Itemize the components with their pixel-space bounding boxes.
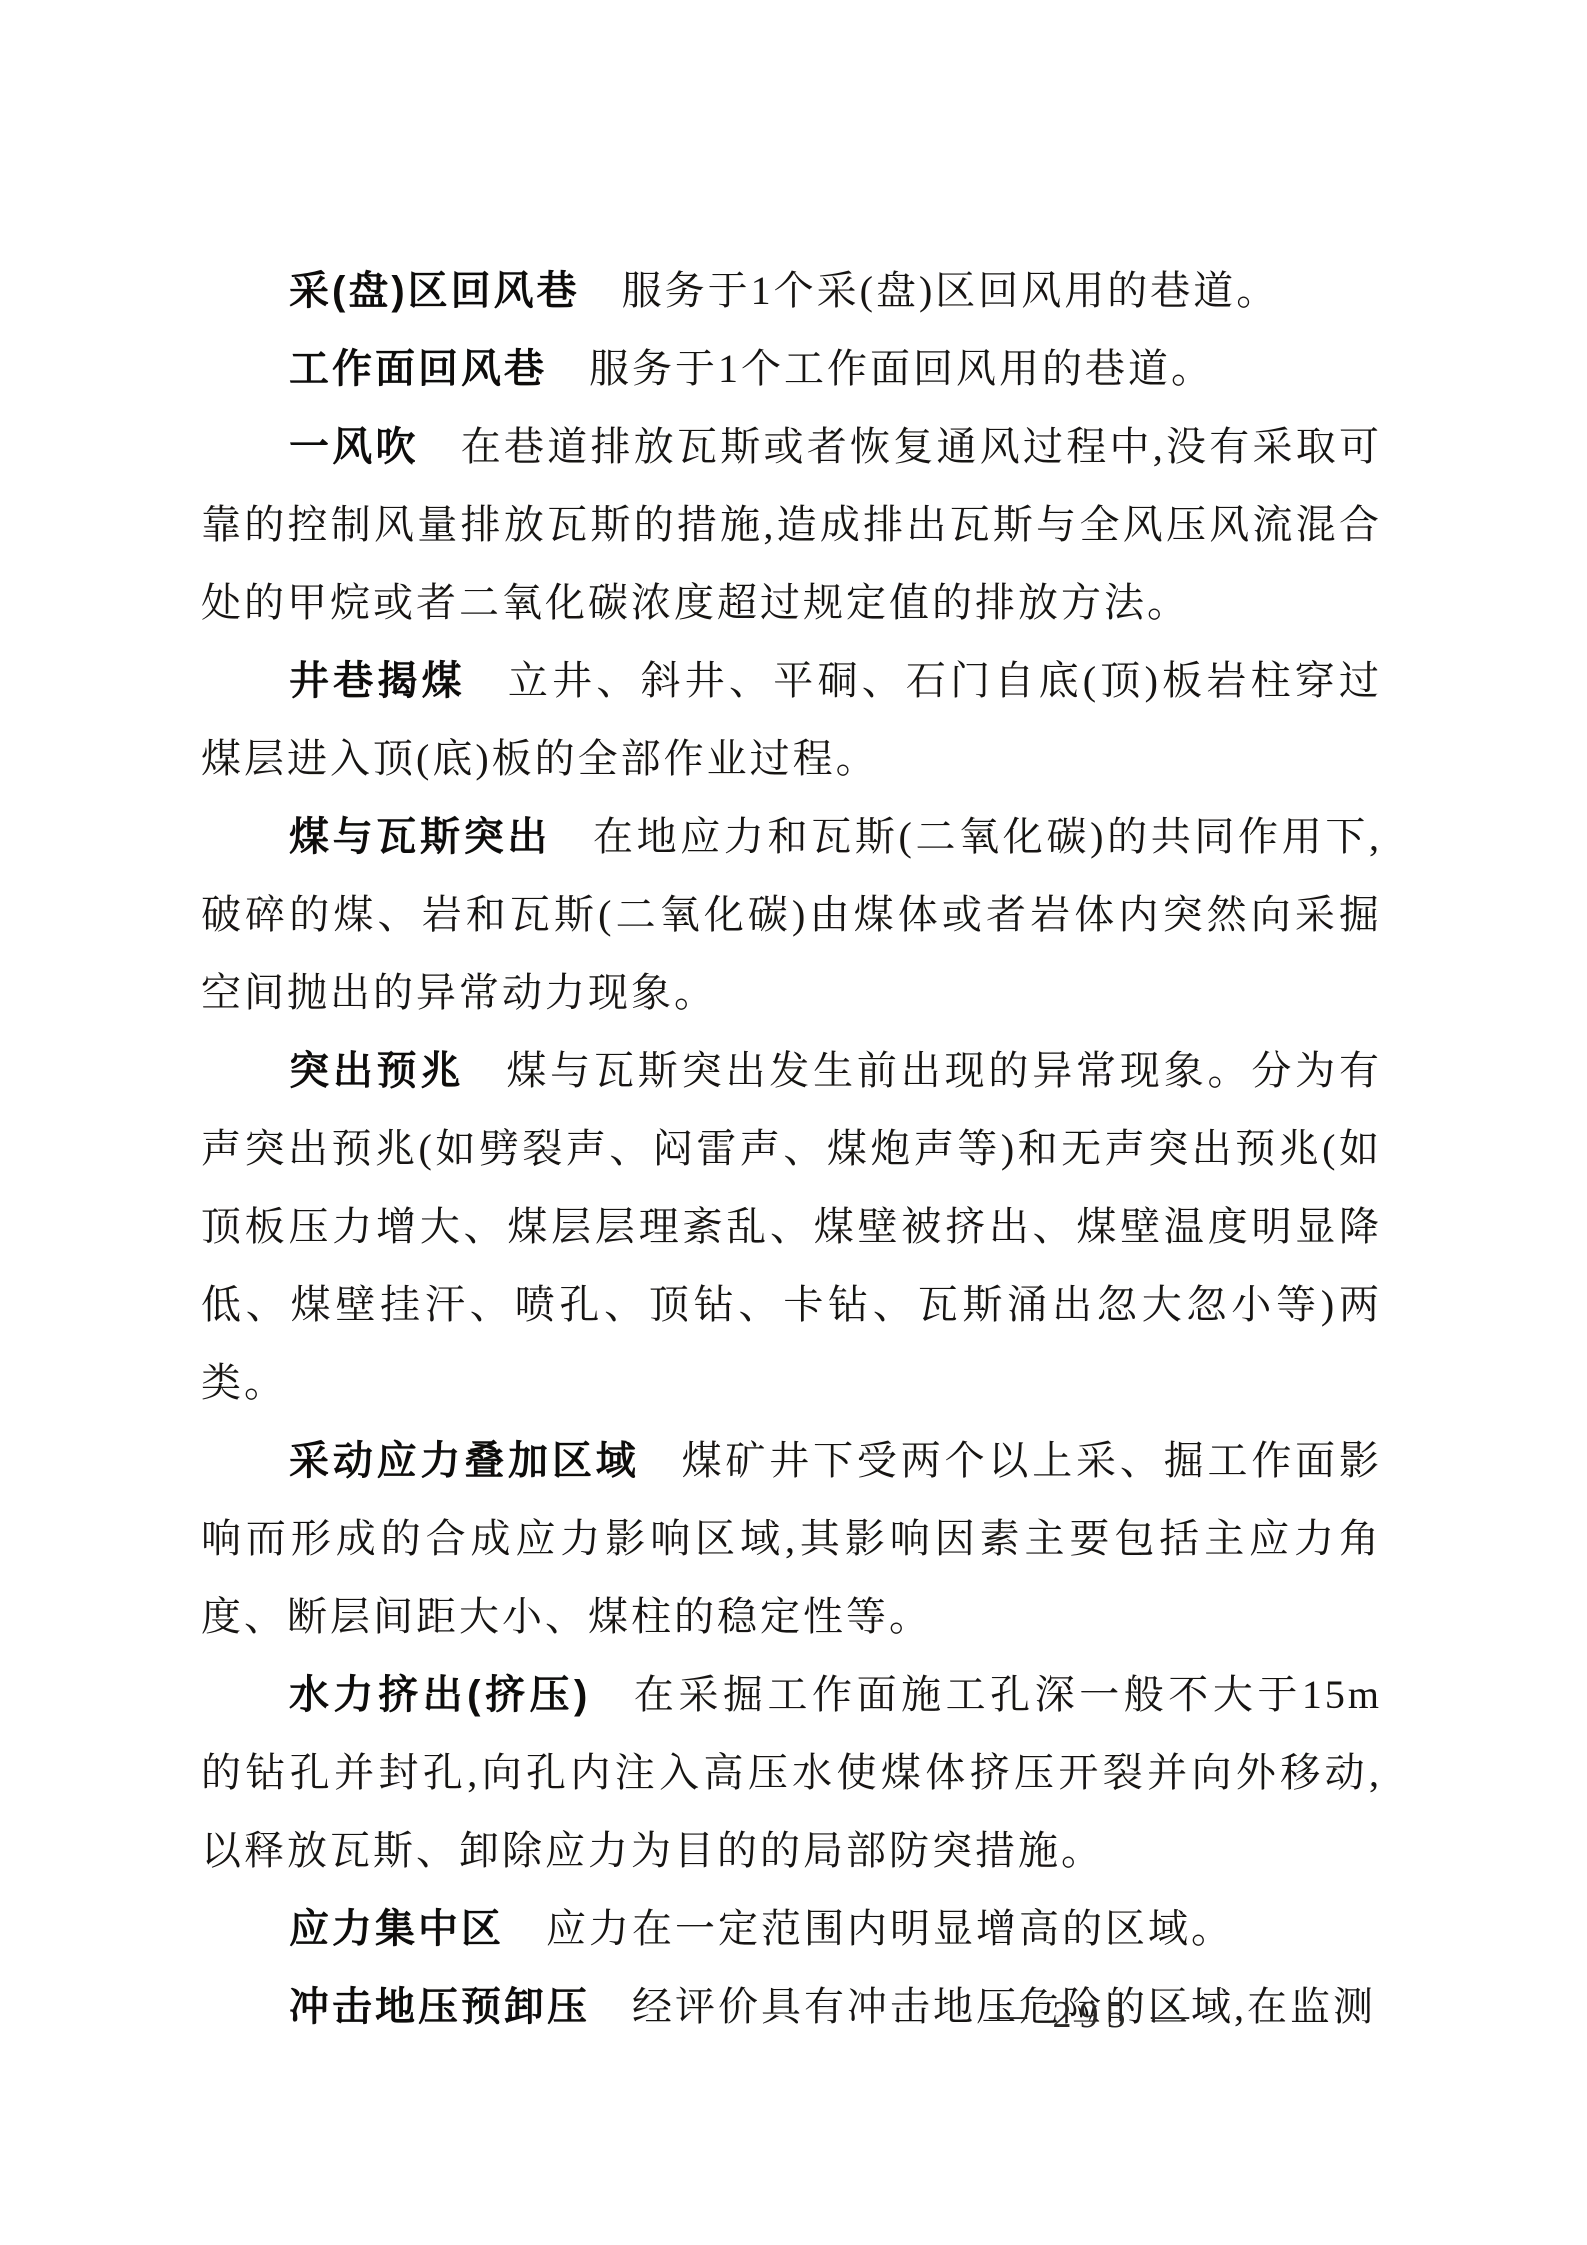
- glossary-paragraph: 采(盘)区回风巷服务于1个采(盘)区回风用的巷道。: [201, 252, 1382, 330]
- glossary-paragraph: 水力挤出(挤压)在采掘工作面施工孔深一般不大于15m的钻孔并封孔,向孔内注入高压…: [201, 1656, 1382, 1890]
- term-label: 采动应力叠加区域: [289, 1439, 640, 1483]
- glossary-text-block: 采(盘)区回风巷服务于1个采(盘)区回风用的巷道。 工作面回风巷服务于1个工作面…: [201, 252, 1382, 2046]
- book-page: 采(盘)区回风巷服务于1个采(盘)区回风用的巷道。 工作面回风巷服务于1个工作面…: [0, 0, 1587, 2245]
- page-number: — 295 —: [0, 1992, 1382, 2038]
- definition-text: 应力在一定范围内明显增高的区域。: [546, 1906, 1234, 1951]
- glossary-paragraph: 应力集中区应力在一定范围内明显增高的区域。: [201, 1890, 1382, 1968]
- term-label: 采(盘)区回风巷: [289, 269, 580, 313]
- definition-text: 服务于1个工作面回风用的巷道。: [589, 346, 1214, 391]
- term-label: 突出预兆: [289, 1049, 464, 1093]
- term-label: 煤与瓦斯突出: [289, 815, 551, 859]
- term-label: 一风吹: [289, 425, 419, 469]
- term-label: 应力集中区: [289, 1907, 504, 1951]
- term-label: 井巷揭煤: [289, 659, 466, 703]
- glossary-paragraph: 采动应力叠加区域煤矿井下受两个以上采、掘工作面影响而形成的合成应力影响区域,其影…: [201, 1422, 1382, 1656]
- glossary-paragraph: 一风吹在巷道排放瓦斯或者恢复通风过程中,没有采取可靠的控制风量排放瓦斯的措施,造…: [201, 408, 1382, 642]
- glossary-paragraph: 工作面回风巷服务于1个工作面回风用的巷道。: [201, 330, 1382, 408]
- term-label: 工作面回风巷: [289, 347, 547, 391]
- term-label: 水力挤出(挤压): [289, 1673, 590, 1717]
- glossary-paragraph: 煤与瓦斯突出在地应力和瓦斯(二氧化碳)的共同作用下,破碎的煤、岩和瓦斯(二氧化碳…: [201, 798, 1382, 1032]
- definition-text: 煤与瓦斯突出发生前出现的异常现象。分为有声突出预兆(如劈裂声、闷雷声、煤炮声等)…: [201, 1048, 1382, 1405]
- glossary-paragraph: 突出预兆煤与瓦斯突出发生前出现的异常现象。分为有声突出预兆(如劈裂声、闷雷声、煤…: [201, 1032, 1382, 1422]
- definition-text: 服务于1个采(盘)区回风用的巷道。: [622, 268, 1280, 313]
- glossary-paragraph: 井巷揭煤立井、斜井、平硐、石门自底(顶)板岩柱穿过煤层进入顶(底)板的全部作业过…: [201, 642, 1382, 798]
